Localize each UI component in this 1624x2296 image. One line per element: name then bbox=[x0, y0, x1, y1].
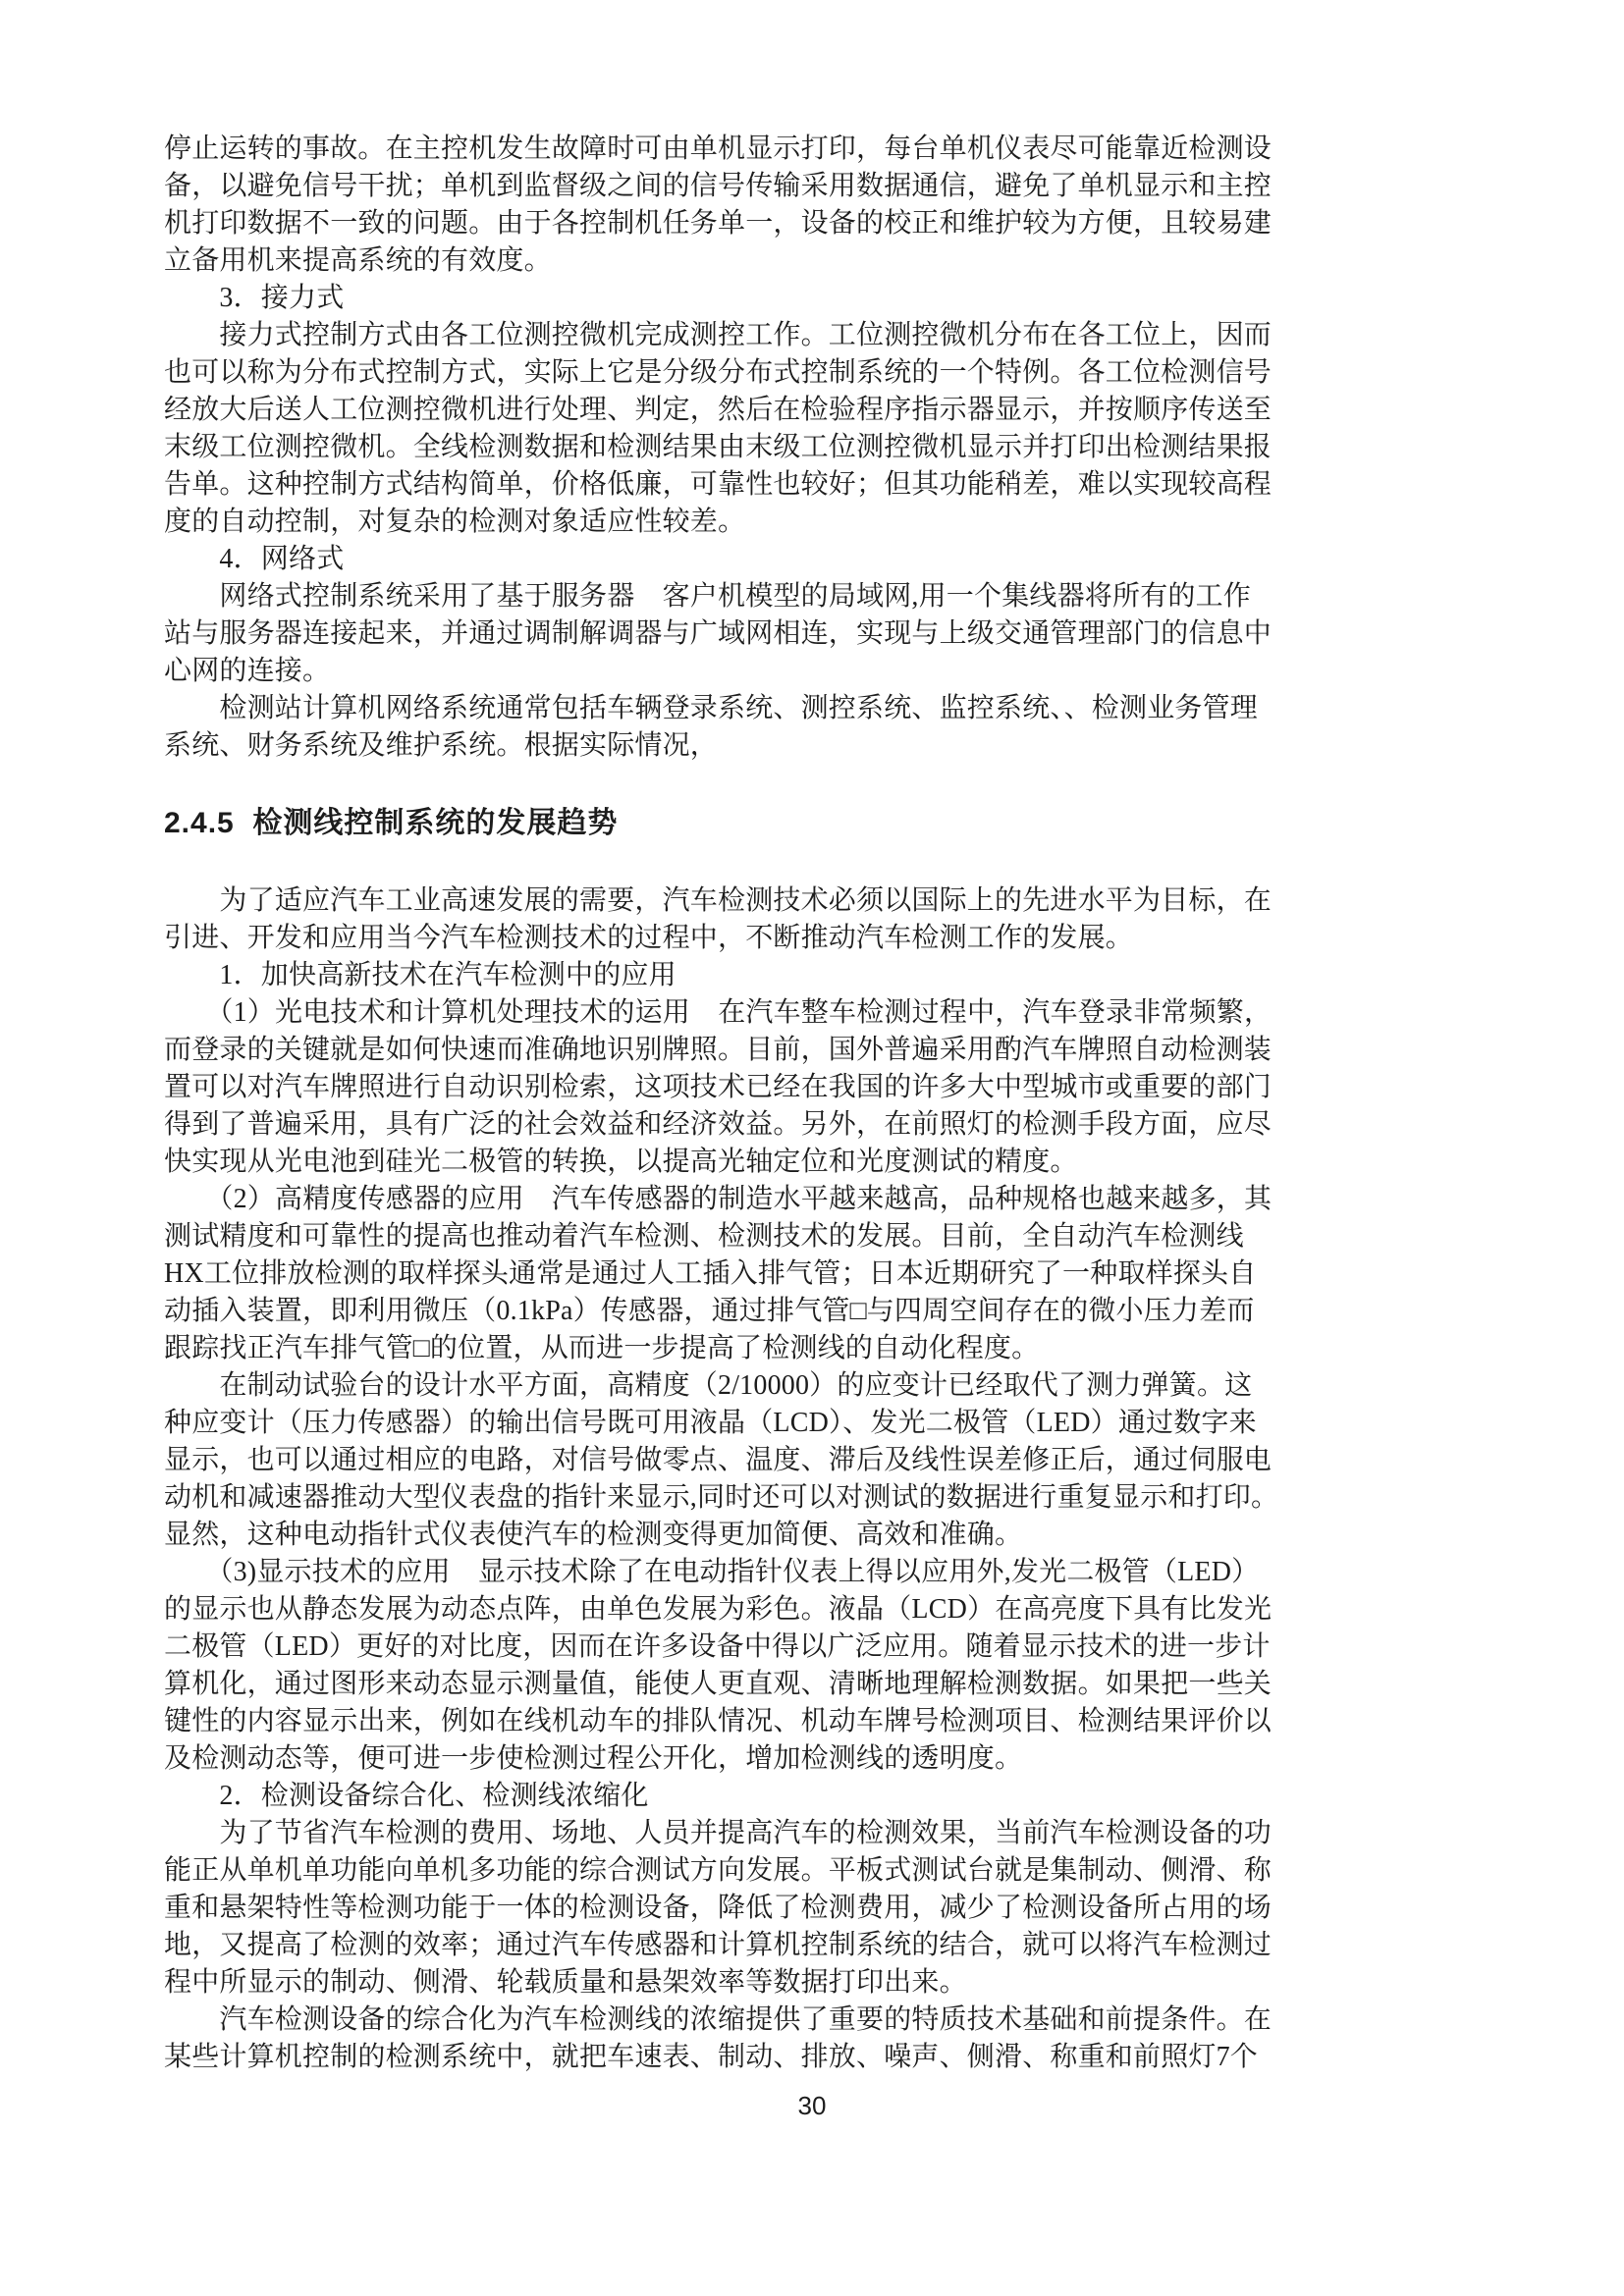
text-line: 备，以避免信号干扰；单机到监督级之间的信号传输采用数据通信，避免了单机显示和主控 bbox=[164, 168, 1470, 205]
section-heading: 2.4.5 检测线控制系统的发展趋势 bbox=[164, 804, 1470, 843]
text-line: 算机化，通过图形来动态显示测量值，能使人更直观、清晰地理解检测数据。如果把一些关 bbox=[164, 1666, 1470, 1703]
text-line: （1）光电技术和计算机处理技术的运用 在汽车整车检测过程中，汽车登录非常频繁， bbox=[164, 994, 1470, 1032]
text-line: 而登录的关键就是如何快速而准确地识别牌照。目前，国外普遍采用酌汽车牌照自动检测装 bbox=[164, 1032, 1470, 1069]
text-line: 度的自动控制，对复杂的检测对象适应性较差。 bbox=[164, 504, 1470, 541]
text-line: 动机和减速器推动大型仪表盘的指针来显示,同时还可以对测试的数据进行重复显示和打印… bbox=[164, 1479, 1470, 1517]
text-line: 停止运转的事故。在主控机发生故障时可由单机显示打印，每台单机仪表尽可能靠近检测设 bbox=[164, 131, 1470, 168]
text-line: 置可以对汽车牌照进行自动识别检索，这项技术已经在我国的许多大中型城市或重要的部门 bbox=[164, 1069, 1470, 1106]
text-line: （2）高精度传感器的应用 汽车传感器的制造水平越来越高，品种规格也越来越多，其 bbox=[164, 1181, 1470, 1218]
text-line: 3．接力式 bbox=[164, 280, 1470, 317]
text-line: 程中所显示的制动、侧滑、轮载质量和悬架效率等数据打印出来。 bbox=[164, 1964, 1470, 2002]
text-line: 网络式控制系统采用了基于服务器 客户机模型的局域网,用一个集线器将所有的工作 bbox=[164, 578, 1470, 615]
text-line: 能正从单机单功能向单机多功能的综合测试方向发展。平板式测试台就是集制动、侧滑、称 bbox=[164, 1852, 1470, 1890]
text-line: 显然，这种电动指针式仪表使汽车的检测变得更加简便、高效和准确。 bbox=[164, 1517, 1470, 1554]
text-line: 心网的连接。 bbox=[164, 653, 1470, 690]
text-line: 测试精度和可靠性的提高也推动着汽车检测、检测技术的发展。目前，全自动汽车检测线 bbox=[164, 1218, 1470, 1255]
text-line: 快实现从光电池到硅光二极管的转换，以提高光轴定位和光度测试的精度。 bbox=[164, 1144, 1470, 1181]
text-line: 跟踪找正汽车排气管□的位置，从而进一步提高了检测线的自动化程度。 bbox=[164, 1330, 1470, 1367]
text-line: 键性的内容显示出来，例如在线机动车的排队情况、机动车牌号检测项目、检测结果评价以 bbox=[164, 1703, 1470, 1740]
text-line: 得到了普遍采用，具有广泛的社会效益和经济效益。另外，在前照灯的检测手段方面，应尽 bbox=[164, 1106, 1470, 1144]
text-line: 显示，也可以通过相应的电路，对信号做零点、温度、滞后及线性误差修正后，通过伺服电 bbox=[164, 1442, 1470, 1479]
text-line: 种应变计（压力传感器）的输出信号既可用液晶（LCD）、发光二极管（LED）通过数… bbox=[164, 1405, 1470, 1442]
text-line: 接力式控制方式由各工位测控微机完成测控工作。工位测控微机分布在各工位上，因而 bbox=[164, 317, 1470, 354]
page-number: 30 bbox=[0, 2091, 1624, 2121]
text-line: 为了节省汽车检测的费用、场地、人员并提高汽车的检测效果，当前汽车检测设备的功 bbox=[164, 1815, 1470, 1852]
text-line: 告单。这种控制方式结构简单，价格低廉，可靠性也较好；但其功能稍差，难以实现较高程 bbox=[164, 466, 1470, 504]
text-line: 的显示也从静态发展为动态点阵，由单色发展为彩色。液晶（LCD）在高亮度下具有比发… bbox=[164, 1591, 1470, 1629]
document-page: 停止运转的事故。在主控机发生故障时可由单机显示打印，每台单机仪表尽可能靠近检测设… bbox=[0, 0, 1624, 2296]
text-line: 经放大后送人工位测控微机进行处理、判定，然后在检验程序指示器显示，并按顺序传送至 bbox=[164, 392, 1470, 429]
text-line: 立备用机来提高系统的有效度。 bbox=[164, 242, 1470, 280]
text-line: 为了适应汽车工业高速发展的需要，汽车检测技术必须以国际上的先进水平为目标，在 bbox=[164, 882, 1470, 920]
text-line: 及检测动态等，便可进一步使检测过程公开化，增加检测线的透明度。 bbox=[164, 1740, 1470, 1778]
text-line: 4．网络式 bbox=[164, 541, 1470, 578]
text-line: 站与服务器连接起来，并通过调制解调器与广域网相连，实现与上级交通管理部门的信息中 bbox=[164, 615, 1470, 653]
text-line: 机打印数据不一致的问题。由于各控制机任务单一，设备的校正和维护较为方便，且较易建 bbox=[164, 205, 1470, 242]
text-line: 汽车检测设备的综合化为汽车检测线的浓缩提供了重要的特质技术基础和前提条件。在 bbox=[164, 2002, 1470, 2039]
text-line: 引进、开发和应用当今汽车检测技术的过程中，不断推动汽车检测工作的发展。 bbox=[164, 920, 1470, 957]
text-line: 重和悬架特性等检测功能于一体的检测设备，降低了检测费用，减少了检测设备所占用的场 bbox=[164, 1890, 1470, 1927]
text-line: 也可以称为分布式控制方式，实际上它是分级分布式控制系统的一个特例。各工位检测信号 bbox=[164, 354, 1470, 392]
text-line: 某些计算机控制的检测系统中，就把车速表、制动、排放、噪声、侧滑、称重和前照灯7个 bbox=[164, 2039, 1470, 2076]
text-line: 2．检测设备综合化、检测线浓缩化 bbox=[164, 1778, 1470, 1815]
text-block: 停止运转的事故。在主控机发生故障时可由单机显示打印，每台单机仪表尽可能靠近检测设… bbox=[164, 131, 1470, 2076]
text-line: 系统、财务系统及维护系统。根据实际情况， bbox=[164, 727, 1470, 765]
text-line: 动插入装置，即利用微压（0.1kPa）传感器，通过排气管□与四周空间存在的微小压… bbox=[164, 1293, 1470, 1330]
text-line: 地，又提高了检测的效率；通过汽车传感器和计算机控制系统的结合，就可以将汽车检测过 bbox=[164, 1927, 1470, 1964]
text-line: 检测站计算机网络系统通常包括车辆登录系统、测控系统、监控系统、、检测业务管理 bbox=[164, 690, 1470, 727]
text-line: HX工位排放检测的取样探头通常是通过人工插入排气管；日本近期研究了一种取样探头自 bbox=[164, 1255, 1470, 1293]
text-line: 1．加快高新技术在汽车检测中的应用 bbox=[164, 957, 1470, 994]
text-line: 二极管（LED）更好的对比度，因而在许多设备中得以广泛应用。随着显示技术的进一步… bbox=[164, 1629, 1470, 1666]
text-line: 末级工位测控微机。全线检测数据和检测结果由末级工位测控微机显示并打印出检测结果报 bbox=[164, 429, 1470, 466]
text-line: 在制动试验台的设计水平方面，高精度（2/10000）的应变计已经取代了测力弹簧。… bbox=[164, 1367, 1470, 1405]
text-line: （3)显示技术的应用 显示技术除了在电动指针仪表上得以应用外,发光二极管（LED… bbox=[164, 1554, 1470, 1591]
